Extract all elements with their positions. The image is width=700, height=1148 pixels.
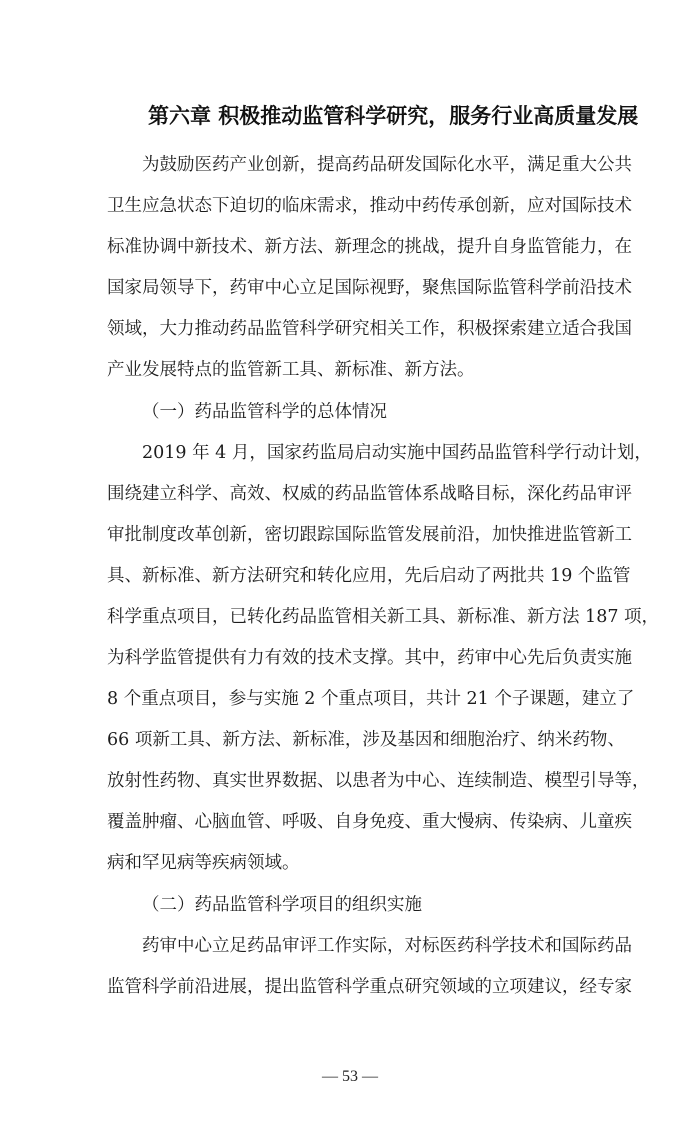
paragraph-line: 卫生应急状态下迫切的临床需求，推动中药传承创新，应对国际技术 bbox=[107, 194, 600, 218]
chapter-title: 第六章 积极推动监管科学研究，服务行业高质量发展 bbox=[148, 101, 668, 131]
document-page: 第六章 积极推动监管科学研究，服务行业高质量发展 为鼓励医药产业创新，提高药品研… bbox=[0, 0, 700, 1148]
paragraph-line: 具、新标准、新方法研究和转化应用，先后启动了两批共 19 个监管 bbox=[107, 564, 600, 588]
paragraph-line: 审批制度改革创新，密切跟踪国际监管发展前沿，加快推进监管新工 bbox=[107, 523, 600, 547]
paragraph-line: 66 项新工具、新方法、新标准，涉及基因和细胞治疗、纳米药物、 bbox=[107, 728, 600, 752]
paragraph-line: 药审中心立足药品审评工作实际，对标医药科学技术和国际药品 bbox=[142, 934, 600, 958]
paragraph-line: 为科学监管提供有力有效的技术支撑。其中，药审中心先后负责实施 bbox=[107, 646, 600, 670]
section-heading: （一）药品监管科学的总体情况 bbox=[142, 400, 387, 424]
paragraph-line: 标准协调中新技术、新方法、新理念的挑战，提升自身监管能力，在 bbox=[107, 235, 600, 259]
paragraph-line: 8 个重点项目，参与实施 2 个重点项目，共计 21 个子课题，建立了 bbox=[107, 687, 600, 711]
paragraph-line: 科学重点项目，已转化药品监管相关新工具、新标准、新方法 187 项， bbox=[107, 605, 600, 629]
page-number: — 53 — bbox=[0, 1068, 700, 1086]
paragraph-line: 产业发展特点的监管新工具、新标准、新方法。 bbox=[107, 358, 600, 382]
paragraph-line: 覆盖肿瘤、心脑血管、呼吸、自身免疫、重大慢病、传染病、儿童疾 bbox=[107, 810, 600, 834]
paragraph-line: 放射性药物、真实世界数据、以患者为中心、连续制造、模型引导等， bbox=[107, 769, 600, 793]
paragraph-line: 监管科学前沿进展，提出监管科学重点研究领域的立项建议，经专家 bbox=[107, 975, 600, 999]
paragraph-line: 领域，大力推动药品监管科学研究相关工作，积极探索建立适合我国 bbox=[107, 317, 600, 341]
paragraph-line: 为鼓励医药产业创新，提高药品研发国际化水平，满足重大公共 bbox=[142, 153, 600, 177]
paragraph-line: 病和罕见病等疾病领域。 bbox=[107, 851, 600, 875]
paragraph-line: 2019 年 4 月，国家药监局启动实施中国药品监管科学行动计划， bbox=[142, 441, 600, 465]
paragraph-line: 国家局领导下，药审中心立足国际视野，聚焦国际监管科学前沿技术 bbox=[107, 276, 600, 300]
paragraph-line: 围绕建立科学、高效、权威的药品监管体系战略目标，深化药品审评 bbox=[107, 482, 600, 506]
section-heading: （二）药品监管科学项目的组织实施 bbox=[142, 893, 422, 917]
